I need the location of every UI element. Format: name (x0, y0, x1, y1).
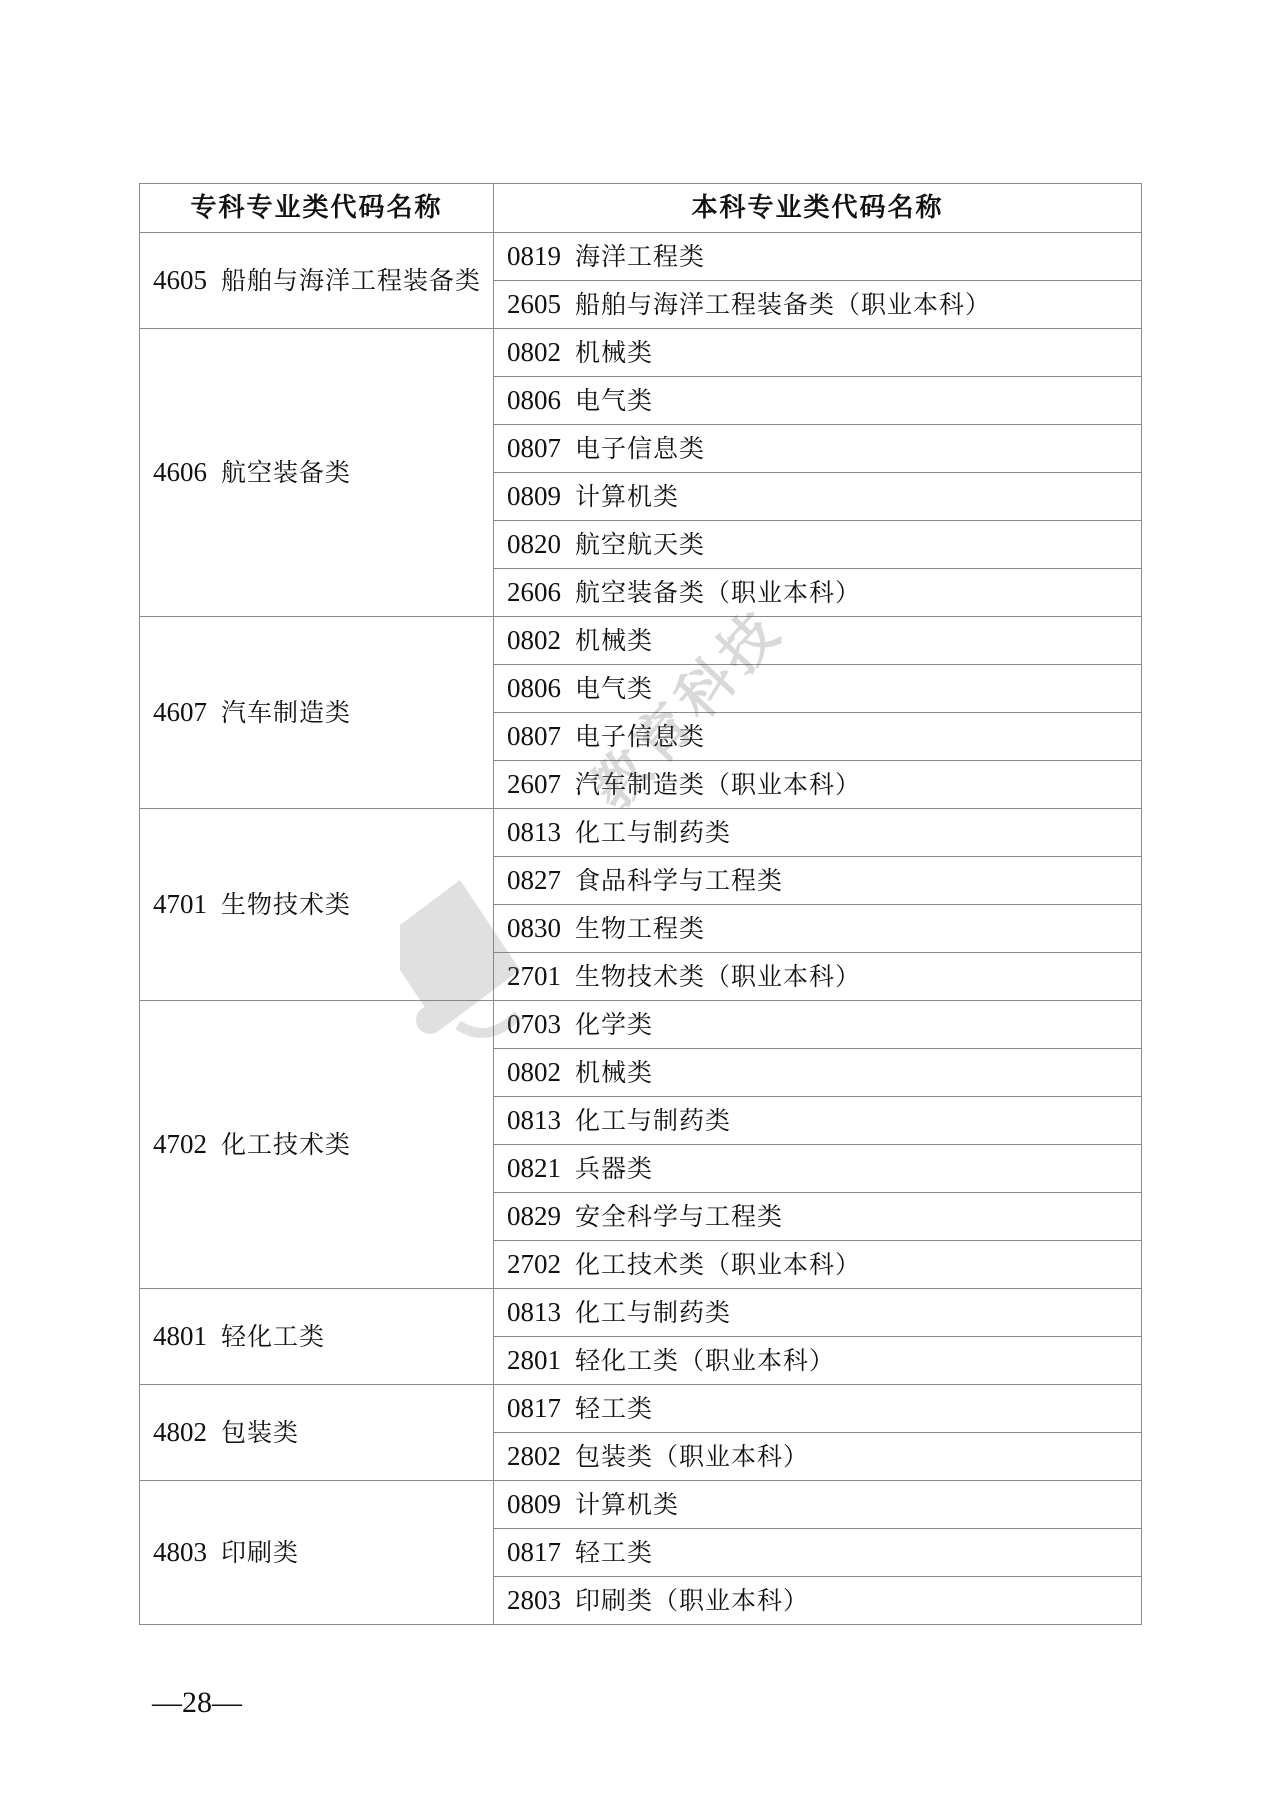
undergraduate-major-name: 化工与制药类 (575, 818, 731, 847)
undergraduate-major-cell: 0820航空航天类 (494, 521, 1142, 569)
undergraduate-major-name: 机械类 (575, 338, 653, 367)
undergraduate-major-code: 0813 (507, 817, 561, 847)
undergraduate-major-name: 电子信息类 (575, 722, 705, 751)
undergraduate-major-code: 0829 (507, 1201, 561, 1231)
undergraduate-major-name: 电气类 (575, 674, 653, 703)
undergraduate-major-code: 0802 (507, 337, 561, 367)
undergraduate-major-cell: 0802机械类 (494, 1049, 1142, 1097)
undergraduate-major-name: 船舶与海洋工程装备类（职业本科） (575, 290, 991, 319)
vocational-major-name: 包装类 (221, 1418, 299, 1447)
vocational-major-code: 4801 (153, 1321, 207, 1351)
vocational-major-code: 4803 (153, 1537, 207, 1567)
document-page: 专科专业类代码名称 本科专业类代码名称 4605船舶与海洋工程装备类0819海洋… (0, 0, 1280, 1810)
vocational-major-name: 船舶与海洋工程装备类 (221, 266, 481, 295)
vocational-major-code: 4607 (153, 697, 207, 727)
vocational-major-cell: 4801轻化工类 (140, 1289, 494, 1385)
undergraduate-major-name: 电子信息类 (575, 434, 705, 463)
undergraduate-major-cell: 0817轻工类 (494, 1385, 1142, 1433)
table-row: 4701生物技术类0813化工与制药类 (140, 809, 1142, 857)
header-vocational-major: 专科专业类代码名称 (140, 184, 494, 233)
undergraduate-major-code: 2606 (507, 577, 561, 607)
undergraduate-major-code: 0813 (507, 1105, 561, 1135)
table-body: 4605船舶与海洋工程装备类0819海洋工程类2605船舶与海洋工程装备类（职业… (140, 233, 1142, 1625)
undergraduate-major-cell: 0821兵器类 (494, 1145, 1142, 1193)
undergraduate-major-code: 0807 (507, 721, 561, 751)
vocational-major-cell: 4606航空装备类 (140, 329, 494, 617)
vocational-major-name: 生物技术类 (221, 890, 351, 919)
undergraduate-major-cell: 0813化工与制药类 (494, 1097, 1142, 1145)
undergraduate-major-name: 兵器类 (575, 1154, 653, 1183)
undergraduate-major-name: 包装类（职业本科） (575, 1442, 809, 1471)
undergraduate-major-cell: 0807电子信息类 (494, 425, 1142, 473)
undergraduate-major-cell: 0806电气类 (494, 665, 1142, 713)
undergraduate-major-name: 生物工程类 (575, 914, 705, 943)
undergraduate-major-code: 0817 (507, 1537, 561, 1567)
undergraduate-major-cell: 0802机械类 (494, 617, 1142, 665)
undergraduate-major-name: 航空航天类 (575, 530, 705, 559)
undergraduate-major-cell: 2701生物技术类（职业本科） (494, 953, 1142, 1001)
undergraduate-major-code: 0820 (507, 529, 561, 559)
undergraduate-major-cell: 0807电子信息类 (494, 713, 1142, 761)
undergraduate-major-code: 2607 (507, 769, 561, 799)
vocational-major-cell: 4702化工技术类 (140, 1001, 494, 1289)
vocational-major-name: 化工技术类 (221, 1130, 351, 1159)
undergraduate-major-cell: 0806电气类 (494, 377, 1142, 425)
table-row: 4803印刷类0809计算机类 (140, 1481, 1142, 1529)
table-row: 4607汽车制造类0802机械类 (140, 617, 1142, 665)
undergraduate-major-code: 2605 (507, 289, 561, 319)
undergraduate-major-cell: 2702化工技术类（职业本科） (494, 1241, 1142, 1289)
undergraduate-major-cell: 2607汽车制造类（职业本科） (494, 761, 1142, 809)
vocational-major-name: 印刷类 (221, 1538, 299, 1567)
undergraduate-major-name: 计算机类 (575, 482, 679, 511)
undergraduate-major-code: 2802 (507, 1441, 561, 1471)
undergraduate-major-code: 2701 (507, 961, 561, 991)
undergraduate-major-code: 0807 (507, 433, 561, 463)
undergraduate-major-cell: 0813化工与制药类 (494, 809, 1142, 857)
table-row: 4802包装类0817轻工类 (140, 1385, 1142, 1433)
vocational-major-cell: 4803印刷类 (140, 1481, 494, 1625)
undergraduate-major-name: 轻化工类（职业本科） (575, 1346, 835, 1375)
table-row: 4606航空装备类0802机械类 (140, 329, 1142, 377)
undergraduate-major-name: 电气类 (575, 386, 653, 415)
undergraduate-major-code: 0830 (507, 913, 561, 943)
page-number: —28— (152, 1686, 242, 1720)
undergraduate-major-cell: 0809计算机类 (494, 473, 1142, 521)
undergraduate-major-name: 轻工类 (575, 1394, 653, 1423)
undergraduate-major-code: 0809 (507, 481, 561, 511)
undergraduate-major-cell: 2606航空装备类（职业本科） (494, 569, 1142, 617)
undergraduate-major-cell: 0802机械类 (494, 329, 1142, 377)
undergraduate-major-name: 化工技术类（职业本科） (575, 1250, 861, 1279)
undergraduate-major-name: 食品科学与工程类 (575, 866, 783, 895)
table-row: 4702化工技术类0703化学类 (140, 1001, 1142, 1049)
vocational-major-cell: 4605船舶与海洋工程装备类 (140, 233, 494, 329)
undergraduate-major-name: 安全科学与工程类 (575, 1202, 783, 1231)
vocational-major-cell: 4802包装类 (140, 1385, 494, 1481)
undergraduate-major-cell: 2605船舶与海洋工程装备类（职业本科） (494, 281, 1142, 329)
undergraduate-major-code: 0817 (507, 1393, 561, 1423)
undergraduate-major-cell: 0809计算机类 (494, 1481, 1142, 1529)
undergraduate-major-cell: 0830生物工程类 (494, 905, 1142, 953)
vocational-major-cell: 4701生物技术类 (140, 809, 494, 1001)
undergraduate-major-name: 印刷类（职业本科） (575, 1586, 809, 1615)
undergraduate-major-cell: 0827食品科学与工程类 (494, 857, 1142, 905)
vocational-major-cell: 4607汽车制造类 (140, 617, 494, 809)
undergraduate-major-name: 轻工类 (575, 1538, 653, 1567)
undergraduate-major-name: 化工与制药类 (575, 1106, 731, 1135)
undergraduate-major-cell: 2801轻化工类（职业本科） (494, 1337, 1142, 1385)
undergraduate-major-cell: 0829安全科学与工程类 (494, 1193, 1142, 1241)
undergraduate-major-name: 机械类 (575, 1058, 653, 1087)
undergraduate-major-code: 0802 (507, 625, 561, 655)
header-undergraduate-major: 本科专业类代码名称 (494, 184, 1142, 233)
vocational-major-code: 4802 (153, 1417, 207, 1447)
undergraduate-major-name: 生物技术类（职业本科） (575, 962, 861, 991)
table-row: 4801轻化工类0813化工与制药类 (140, 1289, 1142, 1337)
table-header-row: 专科专业类代码名称 本科专业类代码名称 (140, 184, 1142, 233)
undergraduate-major-cell: 0819海洋工程类 (494, 233, 1142, 281)
vocational-major-name: 航空装备类 (221, 458, 351, 487)
undergraduate-major-code: 2803 (507, 1585, 561, 1615)
vocational-major-code: 4606 (153, 457, 207, 487)
undergraduate-major-name: 汽车制造类（职业本科） (575, 770, 861, 799)
major-mapping-table: 专科专业类代码名称 本科专业类代码名称 4605船舶与海洋工程装备类0819海洋… (139, 183, 1142, 1625)
undergraduate-major-code: 0809 (507, 1489, 561, 1519)
undergraduate-major-name: 化学类 (575, 1010, 653, 1039)
undergraduate-major-cell: 0813化工与制药类 (494, 1289, 1142, 1337)
vocational-major-code: 4702 (153, 1129, 207, 1159)
vocational-major-code: 4701 (153, 889, 207, 919)
undergraduate-major-name: 海洋工程类 (575, 242, 705, 271)
table-row: 4605船舶与海洋工程装备类0819海洋工程类 (140, 233, 1142, 281)
undergraduate-major-code: 0806 (507, 385, 561, 415)
undergraduate-major-cell: 0703化学类 (494, 1001, 1142, 1049)
undergraduate-major-name: 化工与制药类 (575, 1298, 731, 1327)
undergraduate-major-code: 0827 (507, 865, 561, 895)
undergraduate-major-name: 航空装备类（职业本科） (575, 578, 861, 607)
undergraduate-major-code: 2801 (507, 1345, 561, 1375)
undergraduate-major-code: 0819 (507, 241, 561, 271)
undergraduate-major-cell: 0817轻工类 (494, 1529, 1142, 1577)
vocational-major-name: 汽车制造类 (221, 698, 351, 727)
undergraduate-major-cell: 2802包装类（职业本科） (494, 1433, 1142, 1481)
undergraduate-major-code: 2702 (507, 1249, 561, 1279)
undergraduate-major-code: 0806 (507, 673, 561, 703)
undergraduate-major-code: 0813 (507, 1297, 561, 1327)
undergraduate-major-code: 0821 (507, 1153, 561, 1183)
vocational-major-name: 轻化工类 (221, 1322, 325, 1351)
undergraduate-major-name: 机械类 (575, 626, 653, 655)
undergraduate-major-cell: 2803印刷类（职业本科） (494, 1577, 1142, 1625)
vocational-major-code: 4605 (153, 265, 207, 295)
undergraduate-major-name: 计算机类 (575, 1490, 679, 1519)
undergraduate-major-code: 0703 (507, 1009, 561, 1039)
undergraduate-major-code: 0802 (507, 1057, 561, 1087)
